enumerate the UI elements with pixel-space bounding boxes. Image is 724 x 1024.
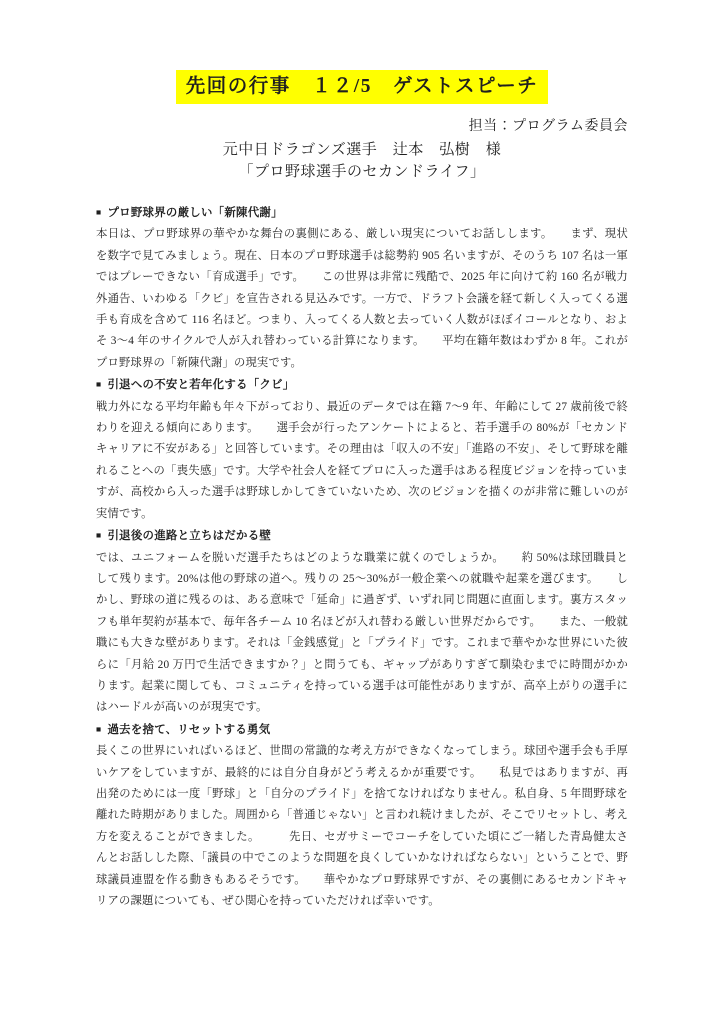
- square-bullet-icon: ■: [96, 207, 101, 217]
- square-bullet-icon: ■: [96, 379, 101, 389]
- section-body-text: 戦力外になる平均年齢も年々下がっており、最近のデータでは在籍 7〜9 年、年齢に…: [96, 397, 628, 525]
- section-heading: ■プロ野球界の厳しい「新陳代謝」: [96, 202, 628, 224]
- square-bullet-icon: ■: [96, 724, 101, 734]
- section-heading-text: 引退への不安と若年化する「クビ」: [107, 379, 294, 391]
- section-intai-fuan: ■引退への不安と若年化する「クビ」 戦力外になる平均年齢も年々下がっており、最近…: [96, 374, 628, 525]
- square-bullet-icon: ■: [96, 530, 101, 540]
- section-heading-text: プロ野球界の厳しい「新陳代謝」: [107, 207, 282, 219]
- title-row: 先回の行事 １２/5 ゲストスピーチ: [96, 70, 628, 105]
- section-heading-text: 引退後の進路と立ちはだかる壁: [107, 530, 271, 542]
- section-heading: ■引退への不安と若年化する「クビ」: [96, 374, 628, 396]
- speaker-line: 元中日ドラゴンズ選手 辻本 弘樹 様: [96, 139, 628, 161]
- document-body: ■プロ野球界の厳しい「新陳代謝」 本日は、プロ野球界の華やかな舞台の裏側にある、…: [96, 202, 628, 912]
- section-intaigo-shinro: ■引退後の進路と立ちはだかる壁 では、ユニフォームを脱いだ選手たちはどのような職…: [96, 525, 628, 719]
- section-heading: ■過去を捨て、リセットする勇気: [96, 719, 628, 741]
- page-title: 先回の行事 １２/5 ゲストスピーチ: [176, 70, 548, 104]
- section-heading: ■引退後の進路と立ちはだかる壁: [96, 525, 628, 547]
- section-shinchintaisha: ■プロ野球界の厳しい「新陳代謝」 本日は、プロ野球界の華やかな舞台の裏側にある、…: [96, 202, 628, 374]
- section-body-text: 長くこの世界にいればいるほど、世間の常識的な考え方ができなくなってしまう。球団や…: [96, 741, 628, 912]
- section-body-text: では、ユニフォームを脱いだ選手たちはどのような職業に就くのでしょうか。 約 50…: [96, 548, 628, 719]
- in-charge-line: 担当：プログラム委員会: [96, 117, 628, 136]
- section-body-text: 本日は、プロ野球界の華やかな舞台の裏側にある、厳しい現実についてお話しします。 …: [96, 224, 628, 374]
- section-reset-yuki: ■過去を捨て、リセットする勇気 長くこの世界にいればいるほど、世間の常識的な考え…: [96, 719, 628, 913]
- section-heading-text: 過去を捨て、リセットする勇気: [107, 724, 270, 736]
- document-page: 先回の行事 １２/5 ゲストスピーチ 担当：プログラム委員会 元中日ドラゴンズ選…: [0, 0, 724, 1024]
- speech-title: 「プロ野球選手のセカンドライフ」: [96, 161, 628, 183]
